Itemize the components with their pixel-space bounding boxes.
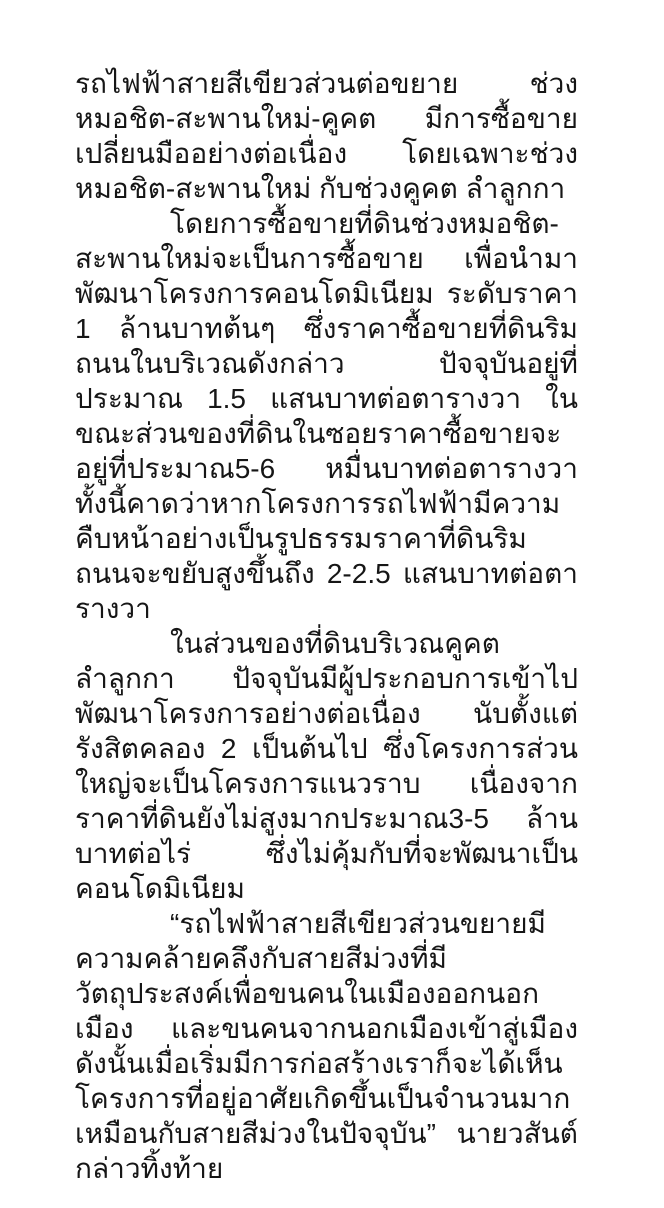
document-page: รถไฟฟ้าสายสีเขียวส่วนต่อขยาย ช่วงหมอชิต-… [0,0,664,1208]
article-paragraph-mochit-saphanmai-prices: โดยการซื้อขายที่ดินช่วงหมอชิต-สะพานใหม่จ… [75,206,578,626]
article-paragraph-intro: รถไฟฟ้าสายสีเขียวส่วนต่อขยาย ช่วงหมอชิต-… [75,66,578,206]
article-paragraph-closing-quote: “รถไฟฟ้าสายสีเขียวส่วนขยายมีความคล้ายคลึ… [75,906,578,1186]
article-body: รถไฟฟ้าสายสีเขียวส่วนต่อขยาย ช่วงหมอชิต-… [75,66,578,1186]
article-paragraph-khukhot-lamlukka: ในส่วนของที่ดินบริเวณคูคต ลำลูกกา ปัจจุบ… [75,626,578,906]
